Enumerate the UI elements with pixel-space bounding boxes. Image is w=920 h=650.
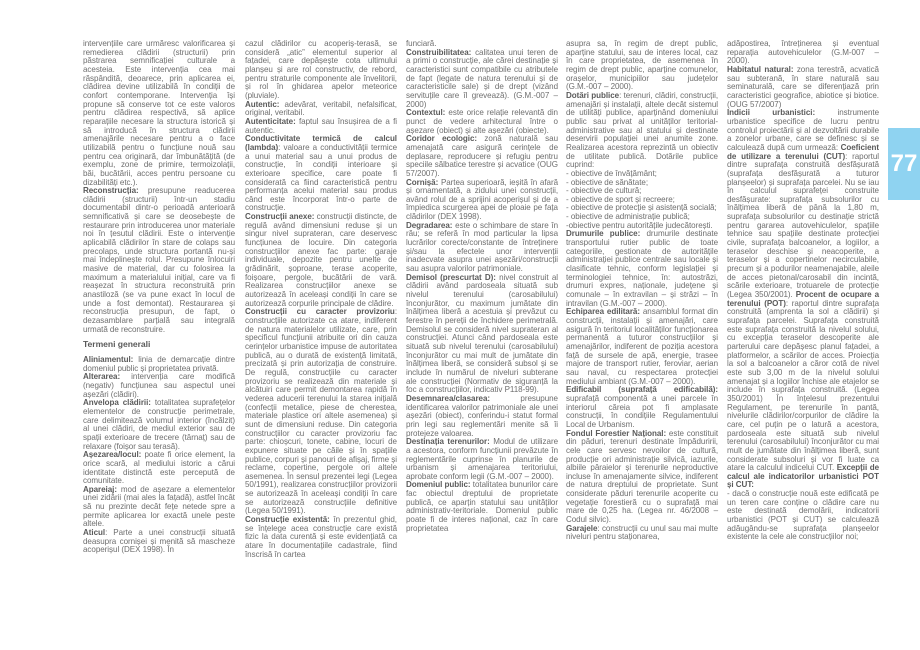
- glossary-term: Degradarea:: [406, 221, 452, 230]
- glossary-term: Alterarea:: [83, 372, 120, 381]
- glossary-term: Dotări publice: [566, 91, 619, 100]
- glossary-entry: Indicii urbanistici: instrumente urbanis…: [727, 109, 879, 490]
- glossary-entry: Dotări publice: terenuri, clădiri, const…: [566, 92, 718, 170]
- glossary-entry: Demisol (prescurtat D): nivel construit …: [406, 274, 558, 395]
- glossary-entry: Fondul Forestier Național: este constitu…: [566, 430, 718, 525]
- glossary-term: Reconstrucția:: [83, 186, 139, 195]
- document-page: intervențiile care urmăresc valorificare…: [0, 0, 920, 650]
- glossary-entry: Reconstrucția: presupune readucerea clăd…: [83, 187, 235, 334]
- glossary-entry: Autentic: adevărat, veritabil, nefalsifi…: [245, 101, 397, 118]
- glossary-term: Construcții anexe:: [245, 212, 314, 221]
- glossary-definition: : valoare a conductivității termice a un…: [245, 143, 397, 213]
- glossary-entry: Cornișă: Partea superioară, ieșită în af…: [406, 179, 558, 222]
- glossary-term: Anvelopa clădirii:: [83, 398, 151, 407]
- glossary-term: Construcții cu caracter provizoriu: [245, 307, 395, 316]
- glossary-entry: Coridor ecologic: zonă naturală sau amen…: [406, 135, 558, 178]
- page-number-tab: 77: [888, 128, 920, 200]
- glossary-entry: Conductivitate termică de calcul (lambda…: [245, 135, 397, 213]
- glossary-entry: Drumurile publice: drumurile destinate t…: [566, 230, 718, 308]
- glossary-entry: Anvelopa clădirii: totalitatea suprafețe…: [83, 399, 235, 451]
- glossary-entry: Aliniamentul: linia de demarcație dintre…: [83, 356, 235, 373]
- text-column-5: adăpostirea, întreținerea și eventual re…: [727, 40, 879, 542]
- glossary-term: Desemnarea/clasarea:: [406, 394, 490, 403]
- paragraph: adăpostirea, întreținerea și eventual re…: [727, 40, 879, 66]
- text-column-1: intervențiile care urmăresc valorificare…: [83, 40, 235, 555]
- glossary-entry: Degradarea: este o schimbare de stare în…: [406, 222, 558, 274]
- glossary-entry: Edificabil (suprafață edificabilă): supr…: [566, 386, 718, 429]
- glossary-term: Autenticitate:: [245, 117, 296, 126]
- glossary-term: Domeniul public:: [406, 480, 471, 489]
- text-column-3: funciară.Construibilitatea: calitatea un…: [406, 40, 558, 533]
- glossary-entry: Construcție existentă: în prezentul ghid…: [245, 516, 397, 559]
- glossary-definition: totalitatea suprafețelor elementelor de …: [83, 398, 235, 450]
- paragraph: - dacă o construcție nouă este edificată…: [727, 490, 879, 542]
- glossary-entry: Desemnarea/clasarea: presupune identific…: [406, 395, 558, 438]
- glossary-definition: : Parte a unei construcții situată deasu…: [83, 528, 235, 554]
- text-column-4: asupra sa, în regim de drept public, apa…: [566, 40, 718, 542]
- page-number: 77: [891, 150, 918, 178]
- glossary-entry: Garajele: construcții cu unul sau mai mu…: [566, 525, 718, 542]
- glossary-entry: Construcții cu caracter provizoriu: cons…: [245, 308, 397, 516]
- glossary-entry: Destinația terenurilor: Modul de utiliza…: [406, 438, 558, 481]
- glossary-definition: : construcțiile autorizate ca atare, ind…: [245, 307, 397, 515]
- glossary-entry: Apareiaj: mod de așezare a elementelor u…: [83, 486, 235, 529]
- paragraph: cazul clădirilor cu acoperiș-terasă, se …: [245, 40, 397, 101]
- glossary-term: Edificabil (suprafață edificabilă):: [566, 385, 718, 394]
- glossary-entry: Domeniul public: totalitatea bunurilor c…: [406, 481, 558, 533]
- glossary-entry: Construibilitatea: calitatea unui teren …: [406, 49, 558, 110]
- glossary-entry: Autenticitate: faptul sau însușirea de a…: [245, 118, 397, 135]
- glossary-term: Construcție existentă:: [245, 515, 330, 524]
- glossary-definition: nivel construit al clădirii având pardos…: [406, 273, 558, 395]
- glossary-term: Cornișă:: [406, 178, 438, 187]
- glossary-term: Echiparea edilitară:: [566, 307, 640, 316]
- section-heading: Termeni generali: [83, 340, 235, 349]
- glossary-entry: Aticul: Parte a unei construcții situată…: [83, 529, 235, 555]
- glossary-term: Construibilitatea:: [406, 48, 471, 57]
- glossary-definition: calitatea unui teren de a primi o constr…: [406, 48, 558, 109]
- glossary-definition: construcții distincte, de regulă având d…: [245, 212, 397, 308]
- glossary-term: Contextul:: [406, 108, 445, 117]
- paragraph: asupra sa, în regim de drept public, apa…: [566, 40, 718, 92]
- text-column-2: cazul clădirilor cu acoperiș-terasă, se …: [245, 40, 397, 559]
- glossary-term: Autentic:: [245, 100, 279, 109]
- glossary-term: Fondul Forestier Național:: [566, 429, 666, 438]
- paragraph: intervențiile care urmăresc valorificare…: [83, 40, 235, 187]
- glossary-definition: : raportul dintre suprafața construită (…: [727, 299, 879, 472]
- glossary-term: Indicii urbanistici:: [727, 108, 815, 117]
- glossary-term: Destinația terenurilor:: [406, 437, 490, 446]
- glossary-definition: este constituit din păduri, terenuri des…: [566, 429, 718, 525]
- glossary-entry: Construcții anexe: construcții distincte…: [245, 213, 397, 308]
- glossary-definition: presupune readucerea clădirii (structuri…: [83, 186, 235, 334]
- glossary-entry: Alterarea: intervenția care modifică (ne…: [83, 373, 235, 399]
- glossary-term: Habitatul natural:: [727, 65, 793, 74]
- glossary-entry: Contextul: este orice relație relevantă …: [406, 109, 558, 135]
- glossary-term: Drumurile publice:: [566, 229, 640, 238]
- glossary-entry: Echiparea edilitară: ansamblul format di…: [566, 308, 718, 386]
- glossary-definition: drumurile destinate transportului rutier…: [566, 229, 718, 307]
- glossary-definition: suprafață componentă a unei parcele în i…: [566, 394, 718, 429]
- glossary-definition: este o schimbare de stare în rău; se ref…: [406, 221, 558, 273]
- glossary-entry: Așezarea/locul: poate fi orice element, …: [83, 451, 235, 486]
- glossary-term: Coridor ecologic:: [406, 134, 477, 143]
- glossary-entry: Habitatul natural: zona terestră, acvati…: [727, 66, 879, 109]
- glossary-definition: ansamblul format din construcții, instal…: [566, 307, 718, 385]
- glossary-term: Garajele: [566, 524, 597, 533]
- glossary-term: Așezarea/locul:: [83, 450, 141, 459]
- glossary-definition: : terenuri, clădiri, construcții, amenaj…: [566, 91, 718, 169]
- glossary-term: Demisol (prescurtat D):: [406, 273, 496, 282]
- glossary-term: Aliniamentul:: [83, 355, 133, 364]
- glossary-definition: : raportul dintre suprafața construită d…: [727, 152, 879, 300]
- glossary-term: Aticul: [83, 528, 105, 537]
- glossary-term: Apareiaj:: [83, 485, 117, 494]
- glossary-definition: totalitatea bunurilor care fac obiectul …: [406, 480, 558, 532]
